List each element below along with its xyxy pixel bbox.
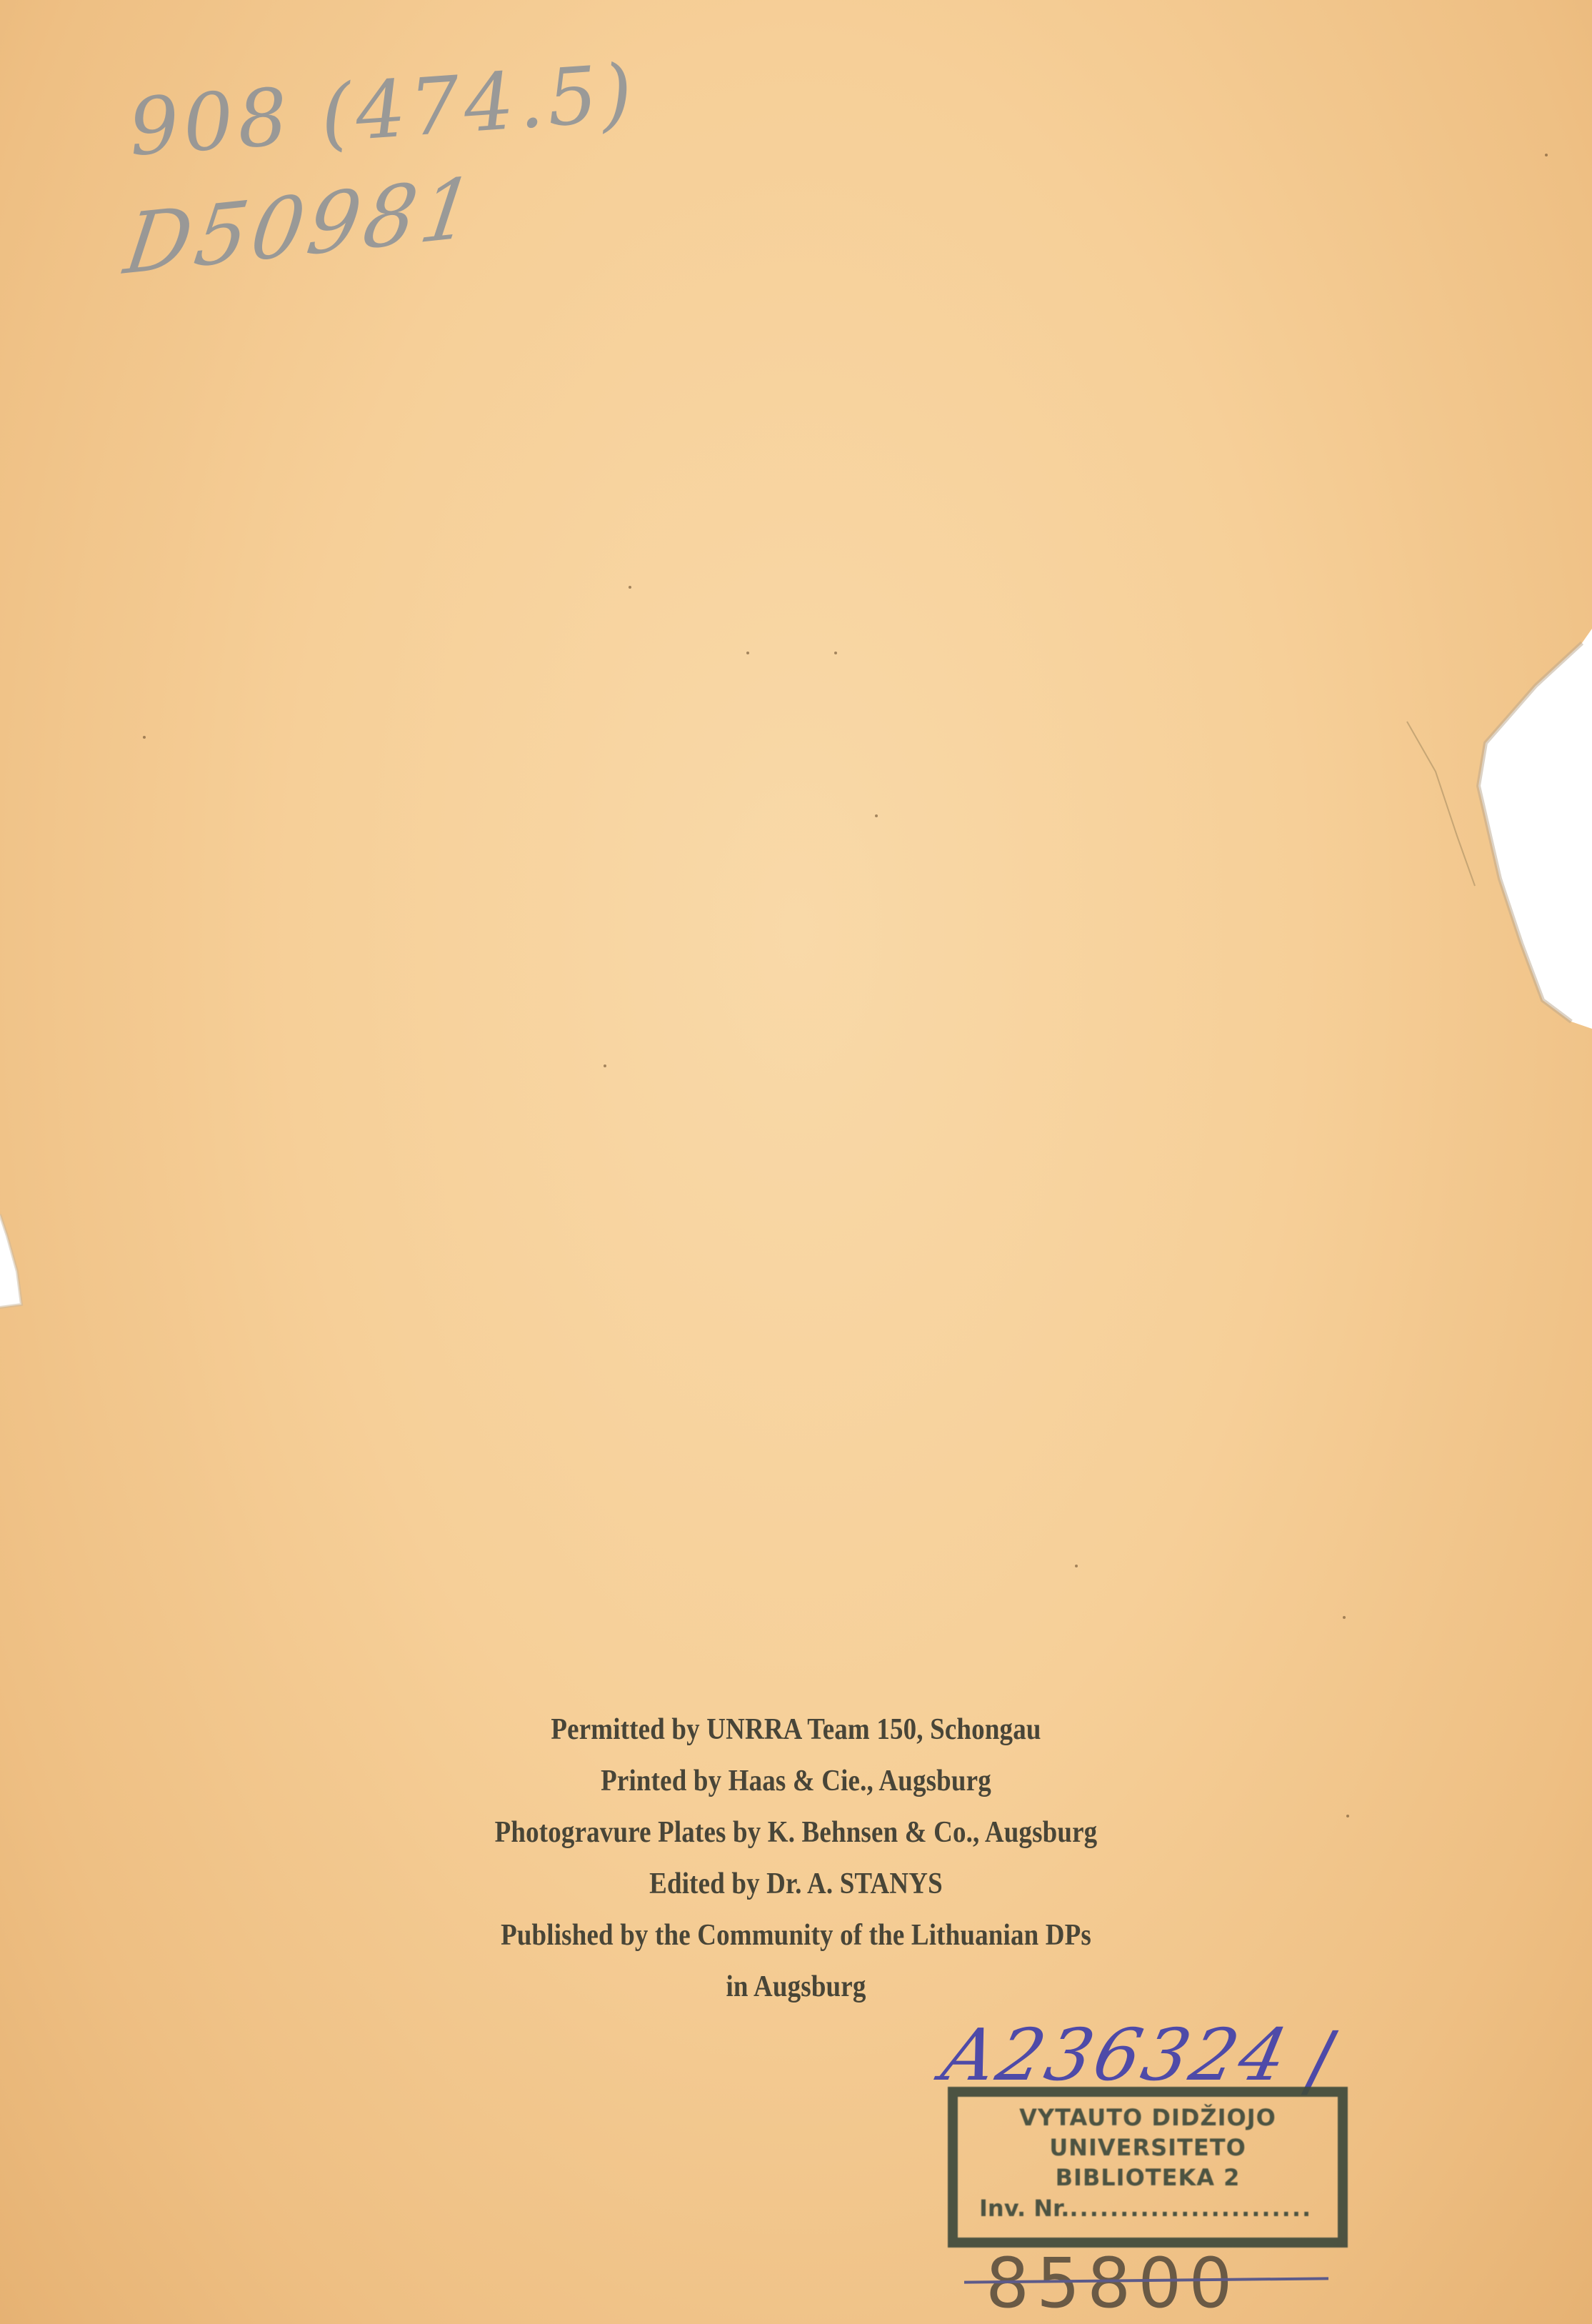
imprint-permit-line: Permitted by UNRRA Team 150, Schongau bbox=[96, 1704, 1497, 1755]
stamp-inv-label: Inv. Nr. bbox=[979, 2195, 1069, 2222]
paper-speck bbox=[834, 652, 837, 654]
library-stamp: VYTAUTO DIDŽIOJO UNIVERSITETO BIBLIOTEKA… bbox=[948, 2087, 1348, 2248]
stamp-line-university: UNIVERSITETO bbox=[958, 2133, 1338, 2163]
paper-speck bbox=[746, 652, 749, 654]
imprint-editor-line: Edited by Dr. A. STANYS bbox=[96, 1858, 1497, 1910]
handwritten-inventory-number: A236324 bbox=[936, 2013, 1298, 2097]
crossed-out-number: 85800 bbox=[986, 2243, 1239, 2323]
paper-speck bbox=[1343, 1616, 1346, 1619]
imprint-printer-line: Printed by Haas & Cie., Augsburg bbox=[96, 1755, 1497, 1807]
paper-speck bbox=[629, 586, 631, 589]
imprint-block: Permitted by UNRRA Team 150, Schongau Pr… bbox=[0, 1704, 1592, 2013]
stamp-inventory-field: Inv. Nr......................... bbox=[958, 2193, 1338, 2224]
paper-speck bbox=[1545, 154, 1548, 156]
imprint-publisher-line: Published by the Community of the Lithua… bbox=[96, 1910, 1497, 1961]
paper-speck bbox=[143, 736, 146, 739]
stamp-inv-dots: ........................ bbox=[1069, 2195, 1312, 2222]
paper-speck bbox=[604, 1064, 606, 1067]
paper-speck bbox=[875, 814, 878, 817]
imprint-place-line: in Augsburg bbox=[96, 1961, 1497, 2013]
stamp-line-biblioteka: BIBLIOTEKA 2 bbox=[958, 2163, 1338, 2193]
stamp-line-library: VYTAUTO DIDŽIOJO bbox=[958, 2103, 1338, 2133]
imprint-plates-line: Photogravure Plates by K. Behnsen & Co.,… bbox=[96, 1807, 1497, 1858]
paper-speck bbox=[1075, 1565, 1078, 1567]
